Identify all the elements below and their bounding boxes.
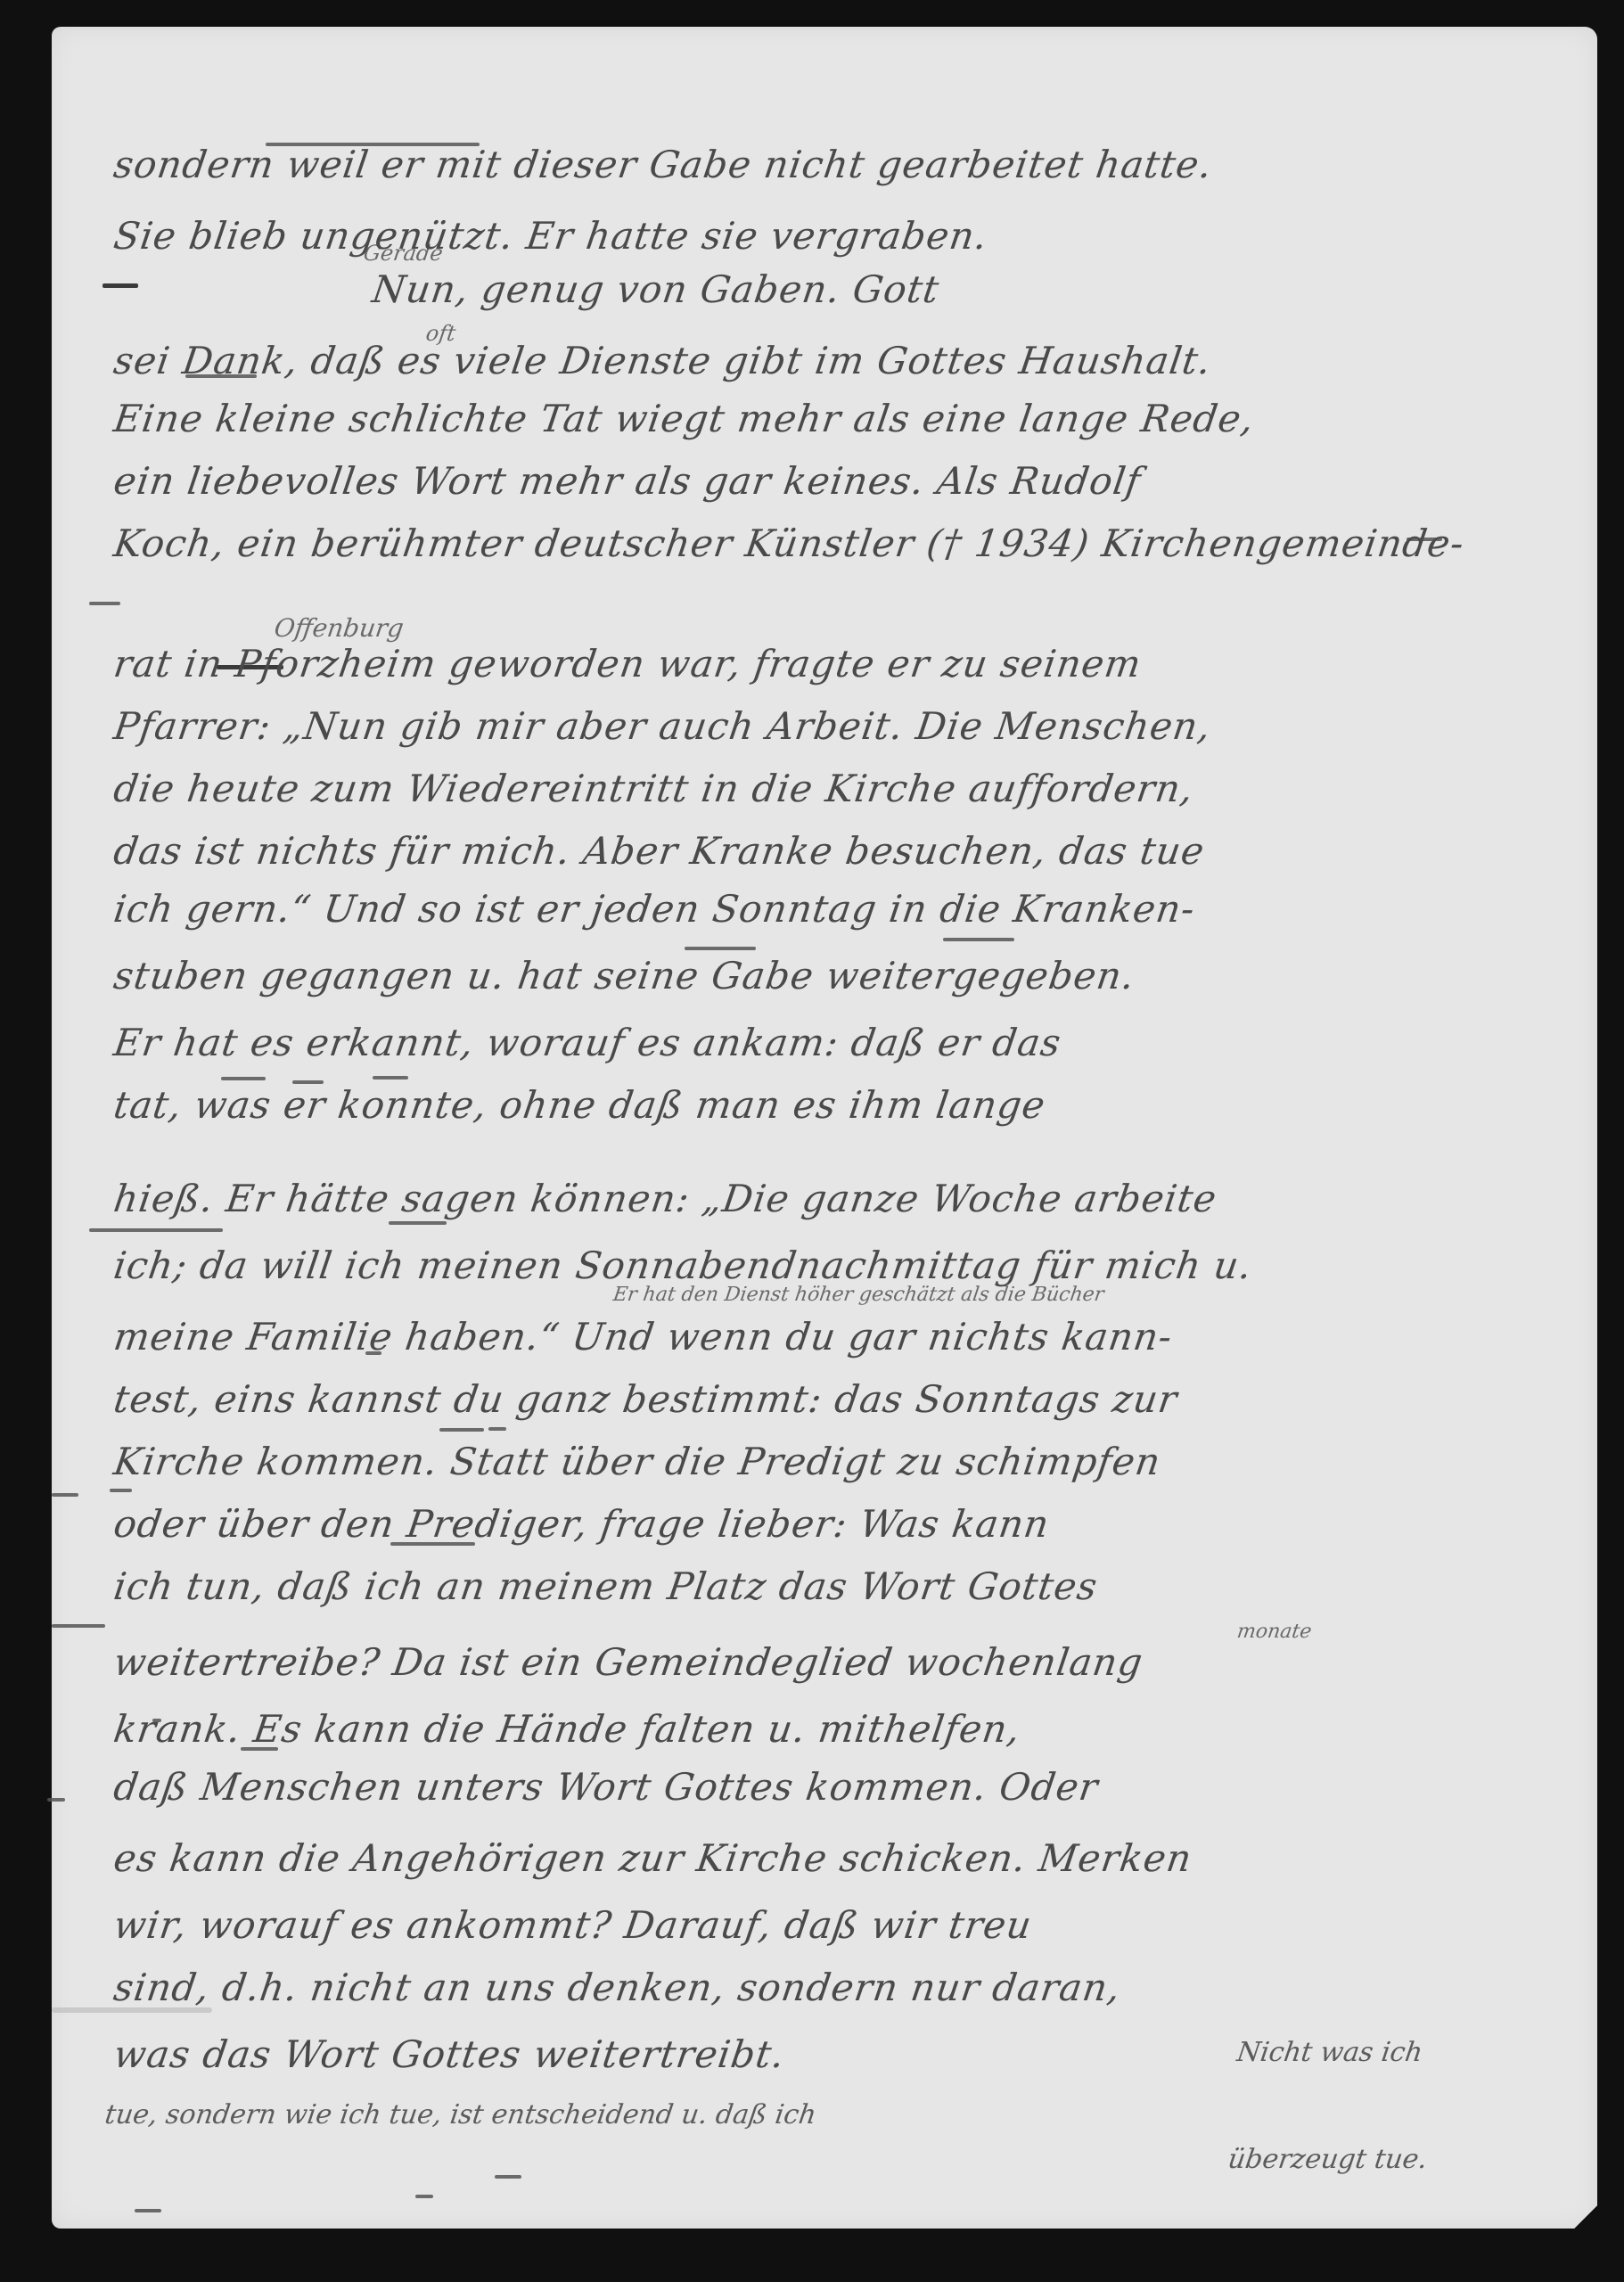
text-line-27: wir, worauf es ankommt? Darauf, daß wir … [111,1903,1035,1947]
text-line-25: daß Menschen unters Wort Gottes kommen. … [111,1765,1102,1809]
text-line-28: sind, d.h. nicht an uns denken, sondern … [111,1966,1124,2009]
text-line-4: sei Dank, daß es viele Dienste gibt im G… [111,339,1215,382]
underline [52,1624,105,1628]
text-line-1: sondern weil er mit dieser Gabe nicht ge… [111,143,1216,186]
text-line-9: Pfarrer: „Nun gib mir aber auch Arbeit. … [111,704,1215,748]
underline [373,1076,408,1079]
underline [89,602,120,605]
underline [415,2195,433,2198]
text-line-18: meine Familie haben.“ Und wenn du gar ni… [111,1315,1176,1359]
text-line-24: krank. Es kann die Hände falten u. mithe… [111,1707,1024,1751]
underline [135,2209,161,2212]
text-line-21: oder über den Prediger, frage lieber: Wa… [111,1502,1053,1546]
text-line-30: tue, sondern wie ich tue, ist entscheide… [103,2099,818,2130]
text-line-31: überzeugt tue. [1226,2144,1430,2175]
letter-page: Gerade oft Offenburg Er hat den Dienst h… [52,27,1597,2229]
strikethrough [103,283,138,288]
text-line-10: die heute zum Wiedereintritt in die Kirc… [111,767,1197,810]
underline [47,1798,65,1802]
text-line-14: Er hat es erkannt, worauf es ankam: daß … [111,1021,1064,1064]
text-line-8: rat in Pforzheim geworden war, fragte er… [111,642,1144,685]
text-line-20: Kirche kommen. Statt über die Predigt zu… [111,1440,1164,1483]
underline [389,1221,447,1225]
text-line-3: Nun, genug von Gaben. Gott [370,267,943,311]
text-line-22: ich tun, daß ich an meinem Platz das Wor… [111,1564,1101,1608]
text-line-12: ich gern.“ Und so ist er jeden Sonntag i… [111,887,1198,931]
underline [89,1228,223,1232]
underline [110,1489,132,1492]
underline [943,938,1014,941]
text-line-7: Koch, ein berühmter deutscher Künstler (… [111,521,1468,565]
text-line-13: stuben gegangen u. hat seine Gabe weiter… [111,954,1138,997]
text-line-2: Sie blieb ungenützt. Er hatte sie vergra… [111,214,991,258]
insertion-monate: monate [1235,1621,1313,1643]
text-line-16: hieß. Er hätte sagen können: „Die ganze … [111,1177,1220,1220]
underline [439,1428,484,1432]
insertion-offenburg: Offenburg [273,613,406,643]
text-line-19: test, eins kannst du ganz bestimmt: das … [111,1377,1181,1421]
text-line-23: weitertreibe? Da ist ein Gemeindeglied w… [111,1640,1146,1684]
text-line-11: das ist nichts für mich. Aber Kranke bes… [111,829,1208,873]
margin-note-nicht-was-ich: Nicht was ich [1235,2037,1425,2068]
text-line-5: Eine kleine schlichte Tat wiegt mehr als… [111,397,1258,440]
underline [221,1077,266,1080]
underline [488,1427,506,1431]
text-line-17: ich; da will ich meinen Sonnabendnachmit… [111,1244,1255,1287]
text-line-15: tat, was er konnte, ohne daß man es ihm … [111,1083,1049,1127]
underline [685,947,756,950]
text-line-29: was das Wort Gottes weitertreibt. [111,2032,788,2076]
underline [52,1493,78,1497]
text-line-26: es kann die Angehörigen zur Kirche schic… [111,1836,1195,1880]
underline [495,2175,521,2179]
text-line-6: ein liebevolles Wort mehr als gar keines… [111,459,1144,503]
